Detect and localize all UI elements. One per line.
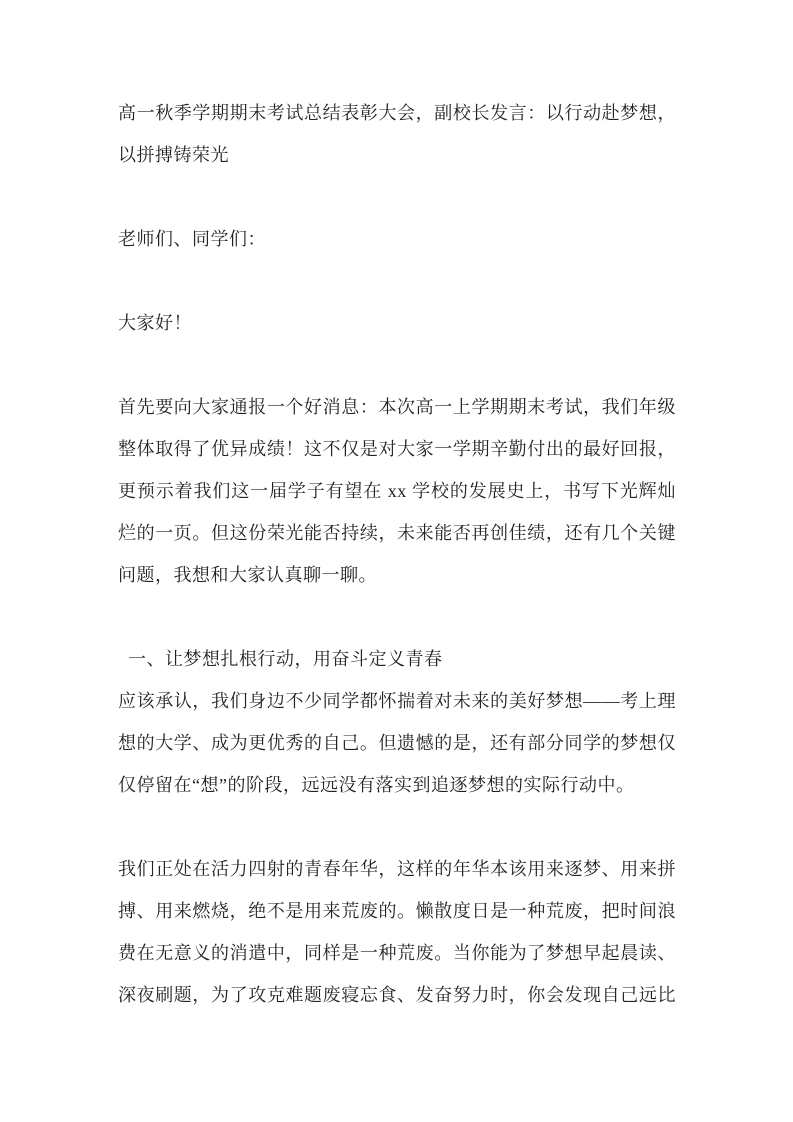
text-line: 我们正处在活力四射的青春年华，这样的年华本该用来逐梦、用来拼 — [118, 848, 676, 890]
text-line: 烂的一页。但这份荣光能否持续，未来能否再创佳绩，还有几个关键 — [118, 512, 676, 554]
text-line: 深夜刷题，为了攻克难题废寝忘食、发奋努力时，你会发现自己远比 — [118, 974, 676, 1016]
salutation-block: 老师们、同学们： — [118, 218, 676, 260]
section1-paragraph-2: 我们正处在活力四射的青春年华，这样的年华本该用来逐梦、用来拼 搏、用来燃烧，绝不… — [118, 848, 676, 1016]
title-line: 高一秋季学期期末考试总结表彰大会，副校长发言：以行动赴梦想， — [118, 92, 676, 134]
salutation: 老师们、同学们： — [118, 218, 676, 260]
doc-title: 高一秋季学期期末考试总结表彰大会，副校长发言：以行动赴梦想， 以拼搏铸荣光 — [118, 92, 676, 176]
title-line: 以拼搏铸荣光 — [118, 134, 676, 176]
greeting-block: 大家好！ — [118, 302, 676, 344]
document-body: 高一秋季学期期末考试总结表彰大会，副校长发言：以行动赴梦想， 以拼搏铸荣光 老师… — [118, 92, 676, 1058]
text-line: 问题，我想和大家认真聊一聊。 — [118, 554, 676, 596]
text-line: 首先要向大家通报一个好消息：本次高一上学期期末考试，我们年级 — [118, 386, 676, 428]
section1-paragraph-1: 应该承认，我们身边不少同学都怀揣着对未来的美好梦想——考上理 想的大学、成为更优… — [118, 680, 676, 806]
text-line: 想的大学、成为更优秀的自己。但遗憾的是，还有部分同学的梦想仅 — [118, 722, 676, 764]
text-line: 更预示着我们这一届学子有望在 xx 学校的发展史上，书写下光辉灿 — [118, 470, 676, 512]
intro-paragraph: 首先要向大家通报一个好消息：本次高一上学期期末考试，我们年级 整体取得了优异成绩… — [118, 386, 676, 596]
text-line: 应该承认，我们身边不少同学都怀揣着对未来的美好梦想——考上理 — [118, 680, 676, 722]
section-heading-block: 一、让梦想扎根行动，用奋斗定义青春 — [118, 638, 676, 680]
text-line: 费在无意义的消遣中，同样是一种荒废。当你能为了梦想早起晨读、 — [118, 932, 676, 974]
text-line: 仅停留在“想”的阶段，远远没有落实到追逐梦想的实际行动中。 — [118, 764, 676, 806]
text-line: 搏、用来燃烧，绝不是用来荒废的。懒散度日是一种荒废，把时间浪 — [118, 890, 676, 932]
text-line: 整体取得了优异成绩！这不仅是对大家一学期辛勤付出的最好回报， — [118, 428, 676, 470]
document-page: 高一秋季学期期末考试总结表彰大会，副校长发言：以行动赴梦想， 以拼搏铸荣光 老师… — [0, 0, 793, 1122]
section-heading: 一、让梦想扎根行动，用奋斗定义青春 — [118, 638, 676, 680]
greeting: 大家好！ — [118, 302, 676, 344]
